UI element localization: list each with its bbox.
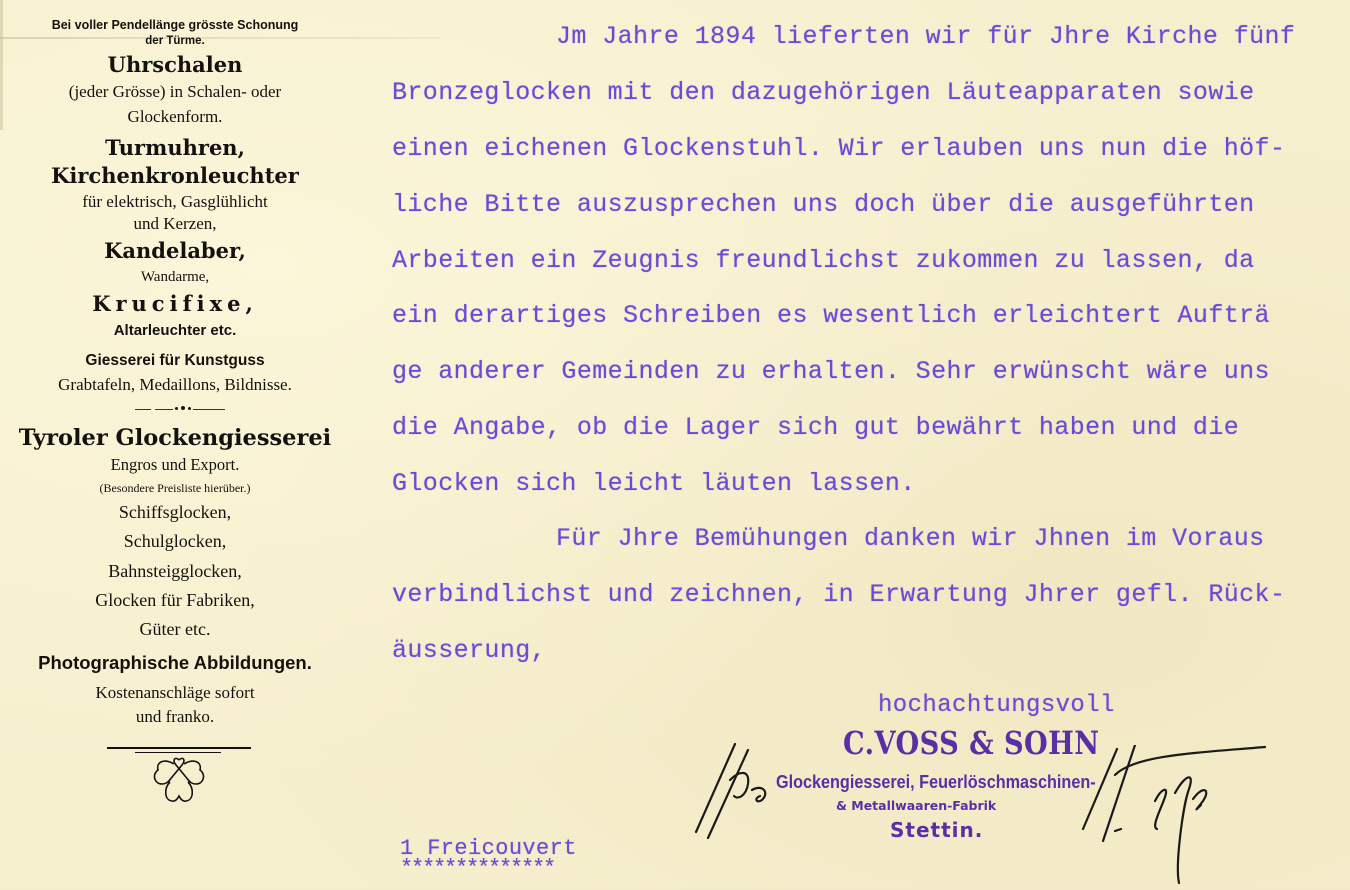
letterhead-line: und franko. [0,707,350,727]
letterhead-line: Turmuhren, [0,135,350,160]
letter-line: äusserung, [392,636,546,665]
letterhead-line: und Kerzen, [0,214,350,234]
letterhead-line: Uhrschalen [0,52,350,77]
ornament-rule-top [107,747,251,749]
letterhead-divider [135,408,225,410]
letterhead-line: Bei voller Pendellänge grösste Schonung [0,18,350,32]
letterhead-line: Engros und Export. [0,455,350,475]
letterhead-line: Güter etc. [0,619,350,640]
company-stamp-line2: & Metallwaaren-Fabrik [836,798,996,813]
letter-line: ein derartiges Schreiben es wesentlich e… [392,301,1270,330]
letterhead-line: Bahnsteigglocken, [0,561,350,582]
letterhead-line: Kostenanschläge sofort [0,683,350,703]
closing-salutation: hochachtungsvoll [878,692,1115,719]
letter-line: Glocken sich leicht läuten lassen. [392,469,916,498]
letterhead-line: Photographische Abbildungen. [0,652,350,674]
letterhead-line: Schiffsglocken, [0,502,350,523]
letterhead-line: Schulglocken, [0,531,350,552]
letterhead-line: Glocken für Fabriken, [0,590,350,611]
letter-line: einen eichenen Glockenstuhl. Wir erlaube… [392,134,1285,163]
letterhead-line: Giesserei für Kunstguss [0,352,350,370]
handwritten-signature-icon [1075,745,1275,885]
letterhead-line: Kirchenkronleuchter [0,163,350,188]
enclosure-underline: ************** [400,856,554,881]
letter-line: Bronzeglocken mit den dazugehörigen Läut… [392,78,1255,107]
company-stamp-name: C.VOSS & SOHN [843,724,1100,762]
handwritten-initials-icon [690,740,770,840]
company-stamp-city: Stettin. [890,818,983,842]
clover-ornament-icon [150,756,208,804]
letter-line: Jm Jahre 1894 lieferten wir für Jhre Kir… [556,22,1295,51]
letterhead-line: der Türme. [0,35,350,47]
letterhead-line: Kandelaber, [0,238,350,263]
letter-line: Arbeiten ein Zeugnis freundlichst zukomm… [392,246,1255,275]
letterhead-line: Grabtafeln, Medaillons, Bildnisse. [0,375,350,395]
letterhead-line: (jeder Grösse) in Schalen- oder [0,82,350,102]
letterhead-line: für elektrisch, Gasglühlicht [0,192,350,212]
letter-line: verbindlichst und zeichnen, in Erwartung… [392,580,1285,609]
ornament-rule-bottom [135,752,221,753]
letterhead-line: Altarleuchter etc. [0,322,350,339]
letterhead-line: Krucifixe, [0,291,350,316]
letter-line: liche Bitte auszusprechen uns doch über … [392,190,1255,219]
letterhead-line: (Besondere Preisliste hierüber.) [0,481,350,496]
letter-line: Für Jhre Bemühungen danken wir Jhnen im … [556,524,1265,553]
letterhead-line: Tyroler Glockengiesserei [0,425,350,451]
letter-line: die Angabe, ob die Lager sich gut bewähr… [392,413,1239,442]
company-stamp-line1: Glockengiesserei, Feuerlöschmaschinen- [776,772,1096,793]
letterhead-line: Wandarme, [0,269,350,286]
letterhead-line: Glockenform. [0,107,350,127]
letter-line: ge anderer Gemeinden zu erhalten. Sehr e… [392,357,1270,386]
